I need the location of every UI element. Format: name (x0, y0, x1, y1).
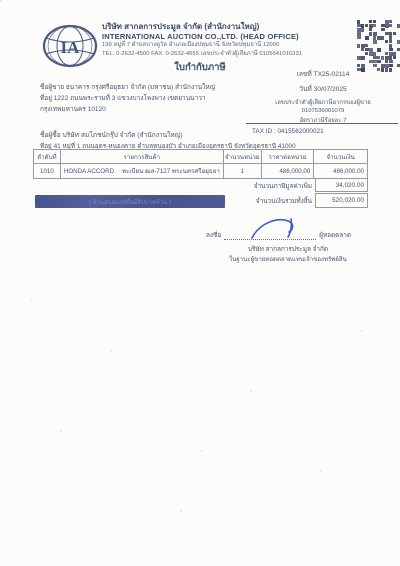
item-amount: 486,000.00 (314, 164, 367, 178)
buyer-name: ชื่อผู้ซื้อ บริษัท สมโภชน์กรุ๊ป จำกัด (ส… (40, 129, 183, 140)
vat-amount: 34,020.00 (315, 178, 368, 192)
scan-noise (0, 0, 2, 2)
item-model: HONDA ACCORD (64, 168, 114, 175)
seller-taxid-value: 0107536001079 (248, 108, 398, 114)
invoice-meta: เลขที่ TX25-02114 วันที่ 30/07/2025 เลขป… (248, 68, 398, 126)
sign-label: ลงชื่อ (206, 230, 221, 240)
company-name-english: INTERNATIONAL AUCTION CO.,LTD. (HEAD OFF… (102, 32, 354, 41)
item-description: HONDA ACCORD ทะเบียน ฒล-7127 พระนครศรีอย… (61, 164, 224, 178)
col-header-index: ลำดับที่ (34, 150, 61, 163)
col-header-description: รายการสินค้า (61, 150, 224, 163)
table-row: 1010 HONDA ACCORD ทะเบียน ฒล-7127 พระนคร… (34, 164, 367, 179)
invoice-date: วันที่ 30/07/2025 (248, 83, 398, 94)
seller-address-1: ที่อยู่ 1222 ถนนพระรามที่ 3 แขวงบางโพงพา… (40, 94, 215, 105)
item-qty: 1 (224, 164, 262, 178)
signing-note: ในฐานะผู้ขายทอดตลาดแทนเจ้าของทรัพย์สิน (200, 254, 376, 264)
company-contact: TEL. 0-2632-4500 FAX. 0-2632-4555 เลขประ… (102, 51, 354, 58)
table-header-row: ลำดับที่ รายการสินค้า จำนวนหน่วย ราคาต่อ… (34, 150, 367, 164)
items-table: ลำดับที่ รายการสินค้า จำนวนหน่วย ราคาต่อ… (33, 149, 368, 179)
signature-dotted-line (224, 231, 316, 240)
amount-in-words: ( ห้าแสนสองหมื่นยี่สิบบาทถ้วน ) (89, 197, 171, 207)
signing-company: บริษัท สากลการประมูล จำกัด (200, 244, 376, 254)
vat-label: จำนวนภาษีมูลค่าเพิ่ม (194, 181, 312, 191)
item-registration: ทะเบียน ฒล-7127 พระนครศรีอยุธยา (122, 166, 220, 176)
grand-total-amount: 520,020.00 (315, 193, 368, 208)
seller-address-2: กรุงเทพมหานคร 10120 (40, 105, 215, 116)
tax-invoice-document: IA บริษัท สากลการประมูล จำกัด (สำนักงานใ… (0, 0, 400, 566)
col-header-unit-price: ราคาต่อหน่วย (262, 150, 315, 163)
seller-taxid-label: เลขประจำตัวผู้เสียภาษีอากรของผู้ขาย (248, 97, 398, 107)
col-header-qty: จำนวนหน่วย (224, 150, 262, 163)
company-header: บริษัท สากลการประมูล จำกัด (สำนักงานใหญ่… (102, 22, 354, 58)
item-index: 1010 (34, 164, 61, 178)
company-address: 199 หมู่ที่ 7 ตำบลบางคูวัด อำเภอเมืองปทุ… (102, 42, 354, 49)
signature-line: ลงชื่อ ผู้ทอดตลาด (206, 230, 376, 240)
invoice-number: เลขที่ TX25-02114 (248, 68, 398, 79)
company-name-thai: บริษัท สากลการประมูล จำกัด (สำนักงานใหญ่… (102, 22, 354, 32)
item-unit-price: 486,000.00 (262, 164, 315, 178)
seller-name: ชื่อผู้ขาย ธนาคาร กรุงศรีอยุธยา จำกัด (ม… (40, 83, 215, 94)
col-header-amount: จำนวนเงิน (314, 150, 367, 163)
buyer-taxid: TAX ID : 0415562000021 (252, 128, 324, 135)
amount-in-words-highlight: ( ห้าแสนสองหมื่นยี่สิบบาทถ้วน ) (35, 195, 225, 208)
signer-role: ผู้ทอดตลาด (319, 230, 351, 240)
logo-text: IA (61, 38, 81, 57)
seller-info: ชื่อผู้ขาย ธนาคาร กรุงศรีอยุธยา จำกัด (ม… (40, 83, 215, 115)
meta-divider (246, 123, 398, 124)
